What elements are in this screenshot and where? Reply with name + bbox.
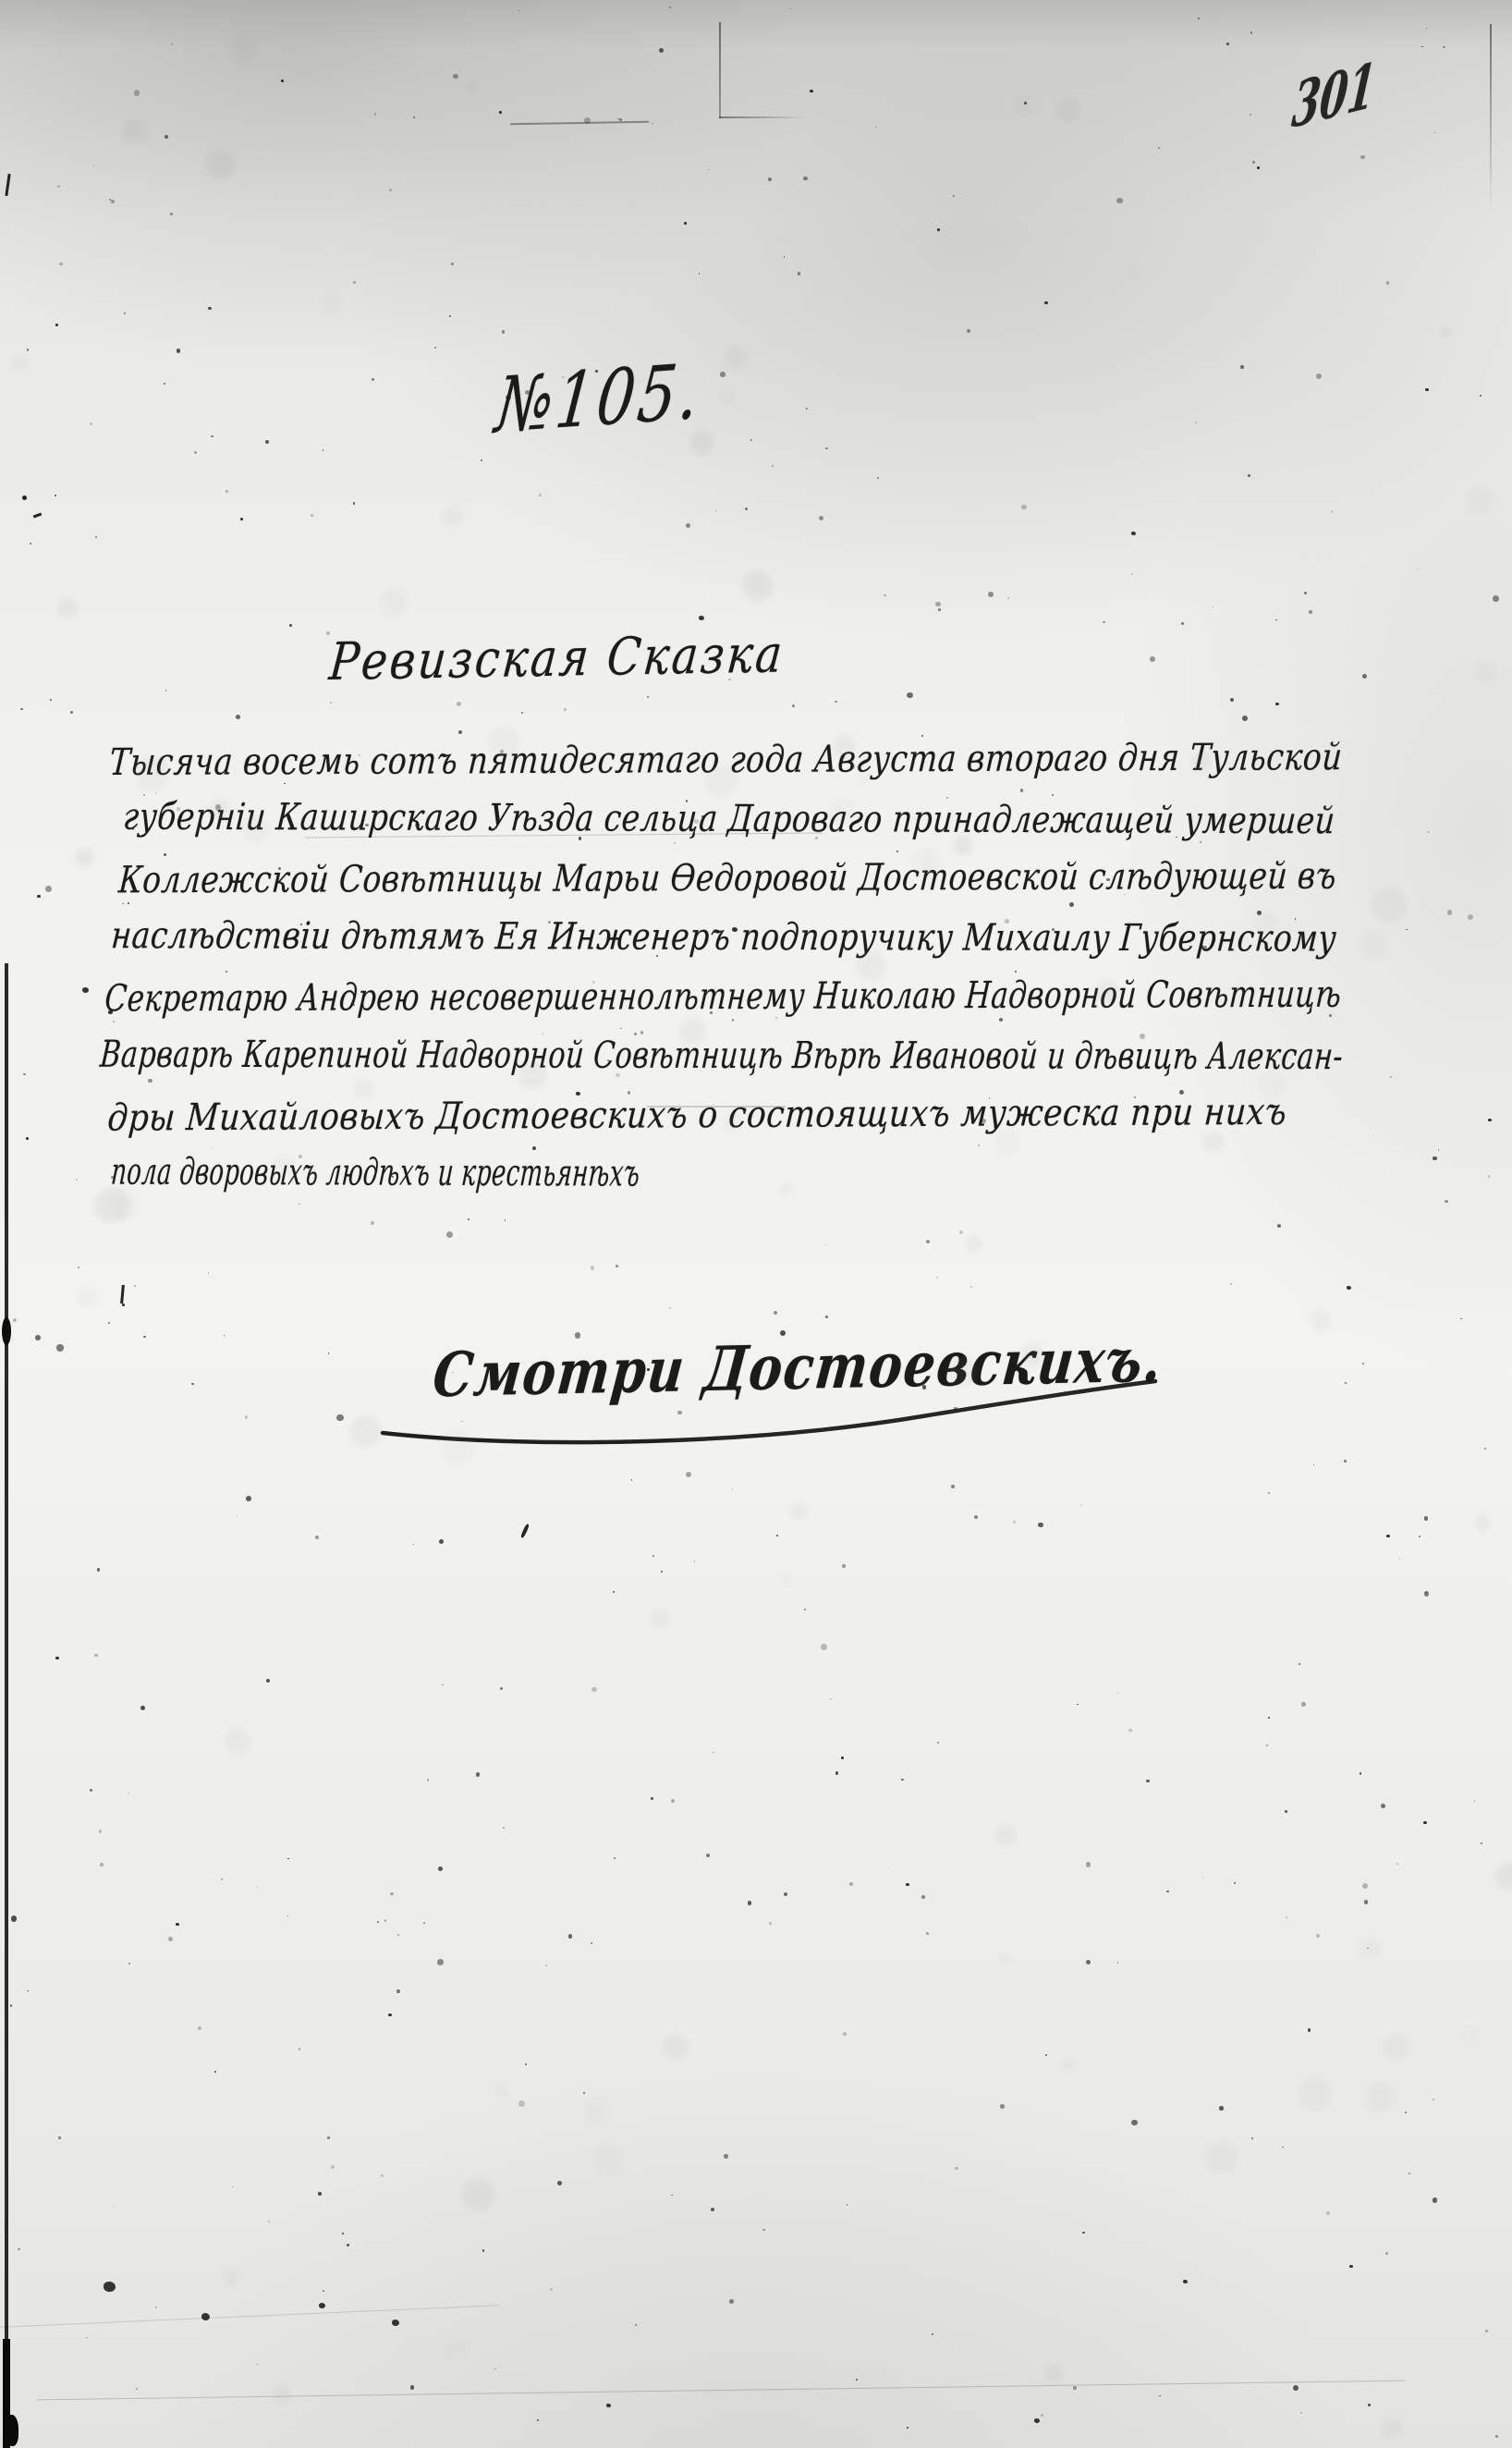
document-number-text: №105.	[492, 348, 706, 450]
document-number: №105.	[495, 362, 754, 450]
manuscript-line: Секретарю Андрею несовершеннолѣтнему Ник…	[100, 965, 1394, 1029]
underline-flourish	[368, 1348, 1181, 1468]
manuscript-line-text: пола дворовыхъ людѣхъ и крестьянѣхъ	[109, 1143, 642, 1204]
document-title: Ревизская Сказка	[329, 632, 863, 692]
manuscript-line-text: Варварѣ Карепиной Надворной Совѣтницѣ Вѣ…	[98, 1025, 1345, 1086]
manuscript-line: Варварѣ Карепиной Надворной Совѣтницѣ Вѣ…	[100, 1025, 1394, 1086]
manuscript-line: дры Михайловыхъ Достоевскихъ о состоящих…	[100, 1082, 1394, 1147]
corner-mark-horizontal	[719, 116, 808, 118]
stray-mark	[22, 496, 27, 500]
binding-edge	[5, 963, 8, 2448]
folio-number-text: 301	[1289, 49, 1379, 143]
scanned-manuscript-page: 301 №105. Ревизская Сказка Тысяча восемь…	[0, 0, 1512, 2448]
manuscript-line-text: Коллежской Совѣтницы Марьи Ѳедоровой Дос…	[116, 847, 1338, 911]
manuscript-line-text: Секретарю Андрею несовершеннолѣтнему Ник…	[103, 965, 1343, 1029]
stray-mark	[33, 513, 42, 519]
manuscript-line-text: Тысяча восемь сотъ пятидесятаго года Авг…	[107, 728, 1344, 792]
paper-speckles	[0, 0, 1512, 2448]
document-title-text: Ревизская Сказка	[327, 624, 787, 692]
faint-scratch-line	[37, 2381, 1405, 2401]
manuscript-line-text: дры Михайловыхъ Достоевскихъ о состоящих…	[105, 1083, 1288, 1148]
stray-mark	[520, 1524, 530, 1538]
faint-scratch-line	[647, 1106, 786, 1108]
manuscript-line: Тысяча восемь сотъ пятидесятаго года Авг…	[100, 728, 1394, 792]
page-edge-line	[1490, 24, 1492, 209]
manuscript-line: Коллежской Совѣтницы Марьи Ѳедоровой Дос…	[100, 847, 1394, 911]
faint-scratch-line	[0, 2305, 499, 2328]
manuscript-line: пола дворовыхъ людѣхъ и крестьянѣхъ	[100, 1143, 1394, 1206]
manuscript-paragraph: Тысяча восемь сотъ пятидесятаго года Авг…	[100, 730, 1394, 1204]
faint-pencil-line	[510, 121, 649, 125]
manuscript-line-text: наслѣдствіи дѣтямъ Ея Инженеръ подпоручи…	[109, 906, 1338, 968]
binding-ink-blob	[4, 2415, 18, 2446]
stray-mark	[120, 1285, 125, 1304]
folio-number: 301	[1292, 72, 1416, 141]
stray-mark	[5, 174, 10, 196]
corner-mark-vertical	[719, 22, 721, 118]
manuscript-line: наслѣдствіи дѣтямъ Ея Инженеръ подпоручи…	[100, 906, 1394, 969]
manuscript-line: губерніи Каширскаго Уѣзда сельца Дароваг…	[100, 788, 1394, 851]
manuscript-line-text: губерніи Каширскаго Уѣзда сельца Дароваг…	[121, 788, 1337, 851]
binding-edge-bump	[2, 1317, 11, 1345]
